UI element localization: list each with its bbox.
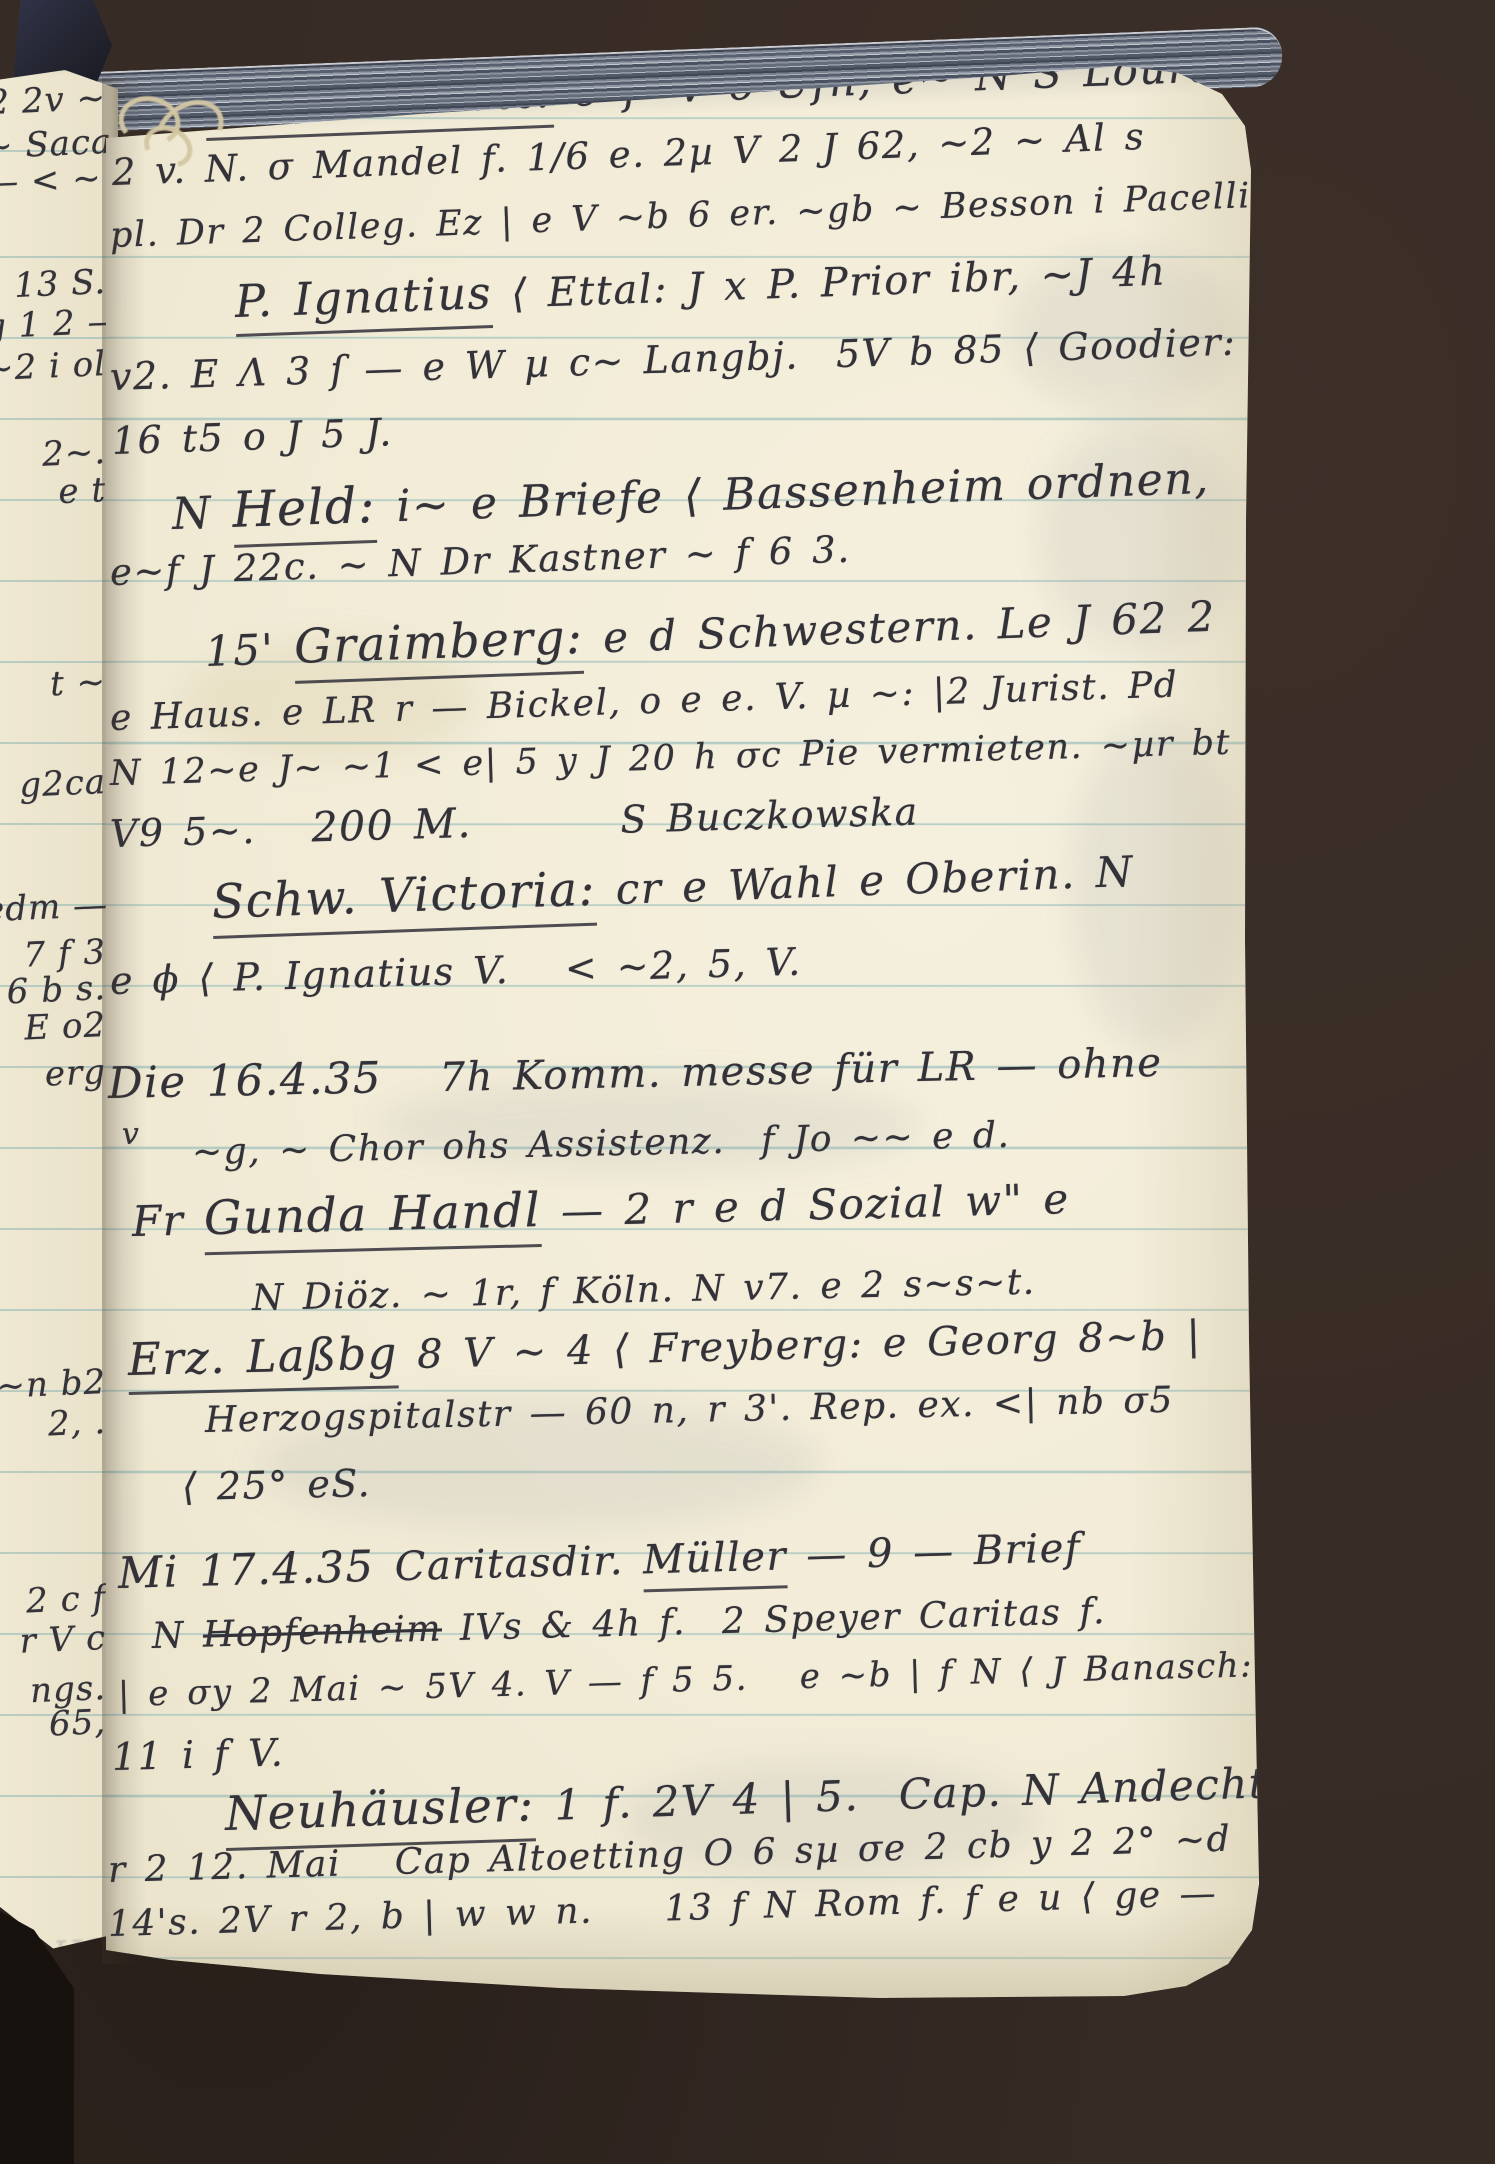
cutoff-text-fragment: g2ca	[0, 762, 107, 807]
cutoff-text-fragment: — < ~ pl	[0, 158, 107, 203]
cutoff-text-fragment: edm —	[0, 885, 107, 930]
handwritten-line: ⟨ 25° eS.	[182, 1462, 372, 1510]
handwriting-segment: — 2 r e d Sozial w" e	[541, 1174, 1071, 1236]
handwriting-segment: ⟨ 25° eS.	[182, 1461, 372, 1509]
underlined-heading: Müller	[642, 1533, 788, 1592]
cutoff-text-fragment: t ~	[0, 662, 107, 707]
previous-page-edge: 2 2v ~~ Saca. 2— < ~ pl13 S.g 1 2 —,~2 i…	[0, 70, 118, 1958]
underlined-heading: Schw. Victoria:	[211, 862, 597, 939]
handwriting-segment: 16 t5 o J 5 J.	[111, 410, 393, 463]
underlined-heading: Gunda Handl	[203, 1183, 542, 1255]
cutoff-text-fragment: E o2	[0, 1005, 107, 1050]
cutoff-text-fragment: ~n b2	[0, 1362, 107, 1407]
handwriting-segment: N	[151, 1615, 203, 1657]
cutoff-text-fragment: 2 2v ~	[0, 78, 107, 123]
cutoff-text-fragment: g 1 2 —,	[0, 302, 107, 347]
underlined-heading: Erz. Laßbg	[127, 1326, 398, 1395]
diary-page: Cramer-Klett: σ f~V o Ufn, e~ N S Lourde…	[0, 0, 1495, 2164]
handwritten-line: 16 t5 o J 5 J.	[111, 411, 393, 463]
handwriting-segment: 15'	[204, 624, 295, 676]
underlined-heading: P. Ignatius	[234, 266, 493, 337]
cutoff-text-fragment: erg	[0, 1052, 107, 1097]
cutoff-text-fragment: r V c	[0, 1618, 107, 1663]
cutoff-text-fragment: ~2 i ol	[0, 344, 107, 389]
cutoff-text-fragment: 2, .	[0, 1402, 107, 1447]
cutoff-text-fragment: 13 S.	[0, 262, 107, 307]
cutoff-text-fragment: e t	[0, 470, 107, 515]
handwriting-segment: — 9 — Brief	[786, 1525, 1081, 1579]
gutter-fold-shadow	[102, 78, 146, 1964]
handwriting-segment: 200 M.	[311, 799, 473, 851]
notebook-photo-scene: 2 2v ~~ Saca. 2— < ~ pl13 S.g 1 2 —,~2 i…	[0, 0, 1495, 2164]
handwriting-segment: N	[171, 487, 233, 540]
handwriting-segment: Die 16.4.35	[107, 1053, 382, 1109]
handwriting-segment: Hopfenheim	[202, 1608, 442, 1655]
cutoff-text-fragment: 2 c f	[0, 1578, 107, 1623]
handwriting-segment: Caritasdir.	[394, 1537, 644, 1590]
underlined-heading: Graimberg:	[293, 610, 584, 684]
handwriting-segment: Mi 17.4.35	[117, 1541, 395, 1599]
cutoff-text-fragment: 65,	[0, 1702, 107, 1747]
underlined-heading: Held:	[231, 476, 377, 548]
